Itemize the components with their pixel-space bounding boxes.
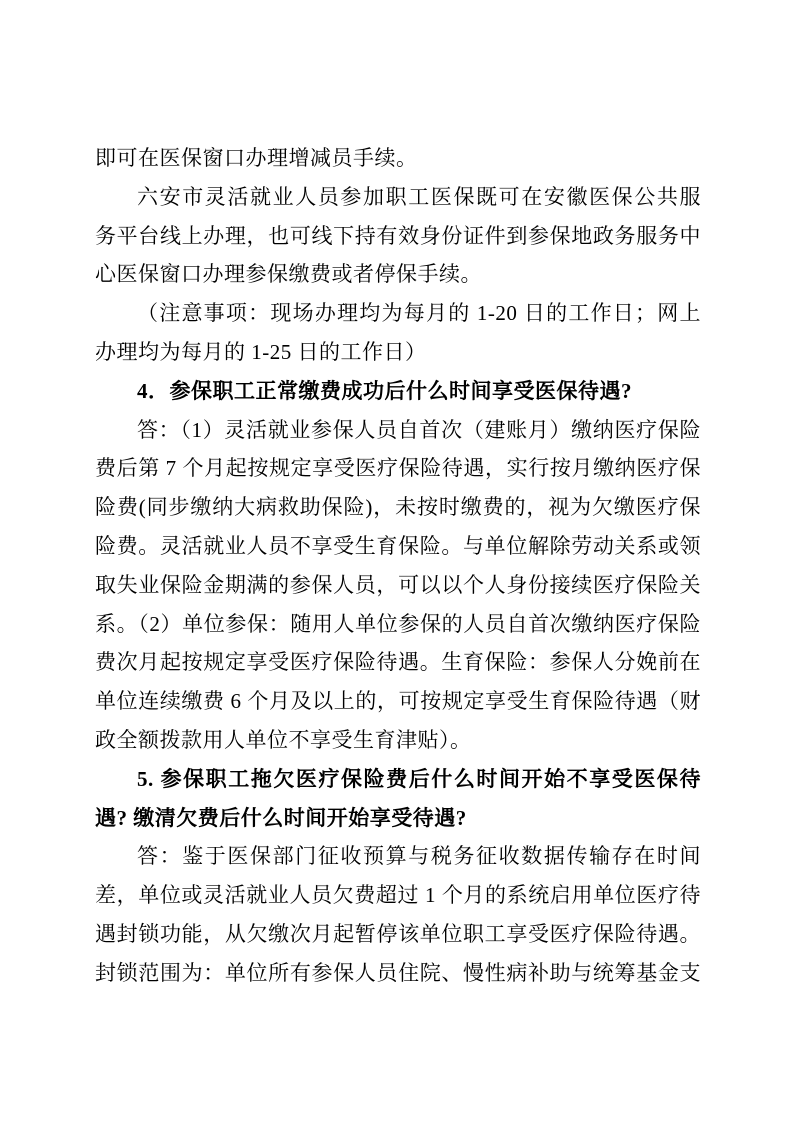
document-content: 即可在医保窗口办理增减员手续。六安市灵活就业人员参加职工医保既可在安徽医保公共服… [95, 139, 701, 993]
text-line: 险费(同步缴纳大病救助保险)，未按时缴费的，视为欠缴医疗保 [95, 488, 701, 527]
text-line: 遇封锁功能，从欠缴次月起暂停该单位职工享受医疗保险待遇。 [95, 915, 701, 954]
heading-line: 遇? 缴清欠费后什么时间开始享受待遇? [95, 799, 701, 838]
text-line: 六安市灵活就业人员参加职工医保既可在安徽医保公共服 [95, 178, 701, 217]
text-line: 取失业保险金期满的参保人员，可以以个人身份接续医疗保险关 [95, 566, 701, 605]
text-line: 心医保窗口办理参保缴费或者停保手续。 [95, 255, 701, 294]
text-line: 费后第 7 个月起按规定享受医疗保险待遇，实行按月缴纳医疗保 [95, 449, 701, 488]
text-line: 系。（2）单位参保：随用人单位参保的人员自首次缴纳医疗保险 [95, 605, 701, 644]
text-line: 单位连续缴费 6 个月及以上的，可按规定享受生育保险待遇（财 [95, 682, 701, 721]
heading-line: 4．参保职工正常缴费成功后什么时间享受医保待遇? [95, 372, 701, 411]
text-line: 答：鉴于医保部门征收预算与税务征收数据传输存在时间 [95, 837, 701, 876]
text-line: 办理均为每月的 1-25 日的工作日） [95, 333, 701, 372]
text-line: （注意事项：现场办理均为每月的 1-20 日的工作日；网上 [95, 294, 701, 333]
text-line: 政全额拨款用人单位不享受生育津贴）。 [95, 721, 701, 760]
heading-line: 5. 参保职工拖欠医疗保险费后什么时间开始不享受医保待 [95, 760, 701, 799]
text-line: 即可在医保窗口办理增减员手续。 [95, 139, 701, 178]
text-line: 封锁范围为：单位所有参保人员住院、慢性病补助与统筹基金支 [95, 954, 701, 993]
text-line: 差，单位或灵活就业人员欠费超过 1 个月的系统启用单位医疗待 [95, 876, 701, 915]
text-line: 险费。灵活就业人员不享受生育保险。与单位解除劳动关系或领 [95, 527, 701, 566]
document-page: 即可在医保窗口办理增减员手续。六安市灵活就业人员参加职工医保既可在安徽医保公共服… [0, 0, 793, 1122]
text-line: 答：（1）灵活就业参保人员自首次（建账月）缴纳医疗保险 [95, 411, 701, 450]
text-line: 费次月起按规定享受医疗保险待遇。生育保险：参保人分娩前在 [95, 643, 701, 682]
text-line: 务平台线上办理，也可线下持有效身份证件到参保地政务服务中 [95, 217, 701, 256]
